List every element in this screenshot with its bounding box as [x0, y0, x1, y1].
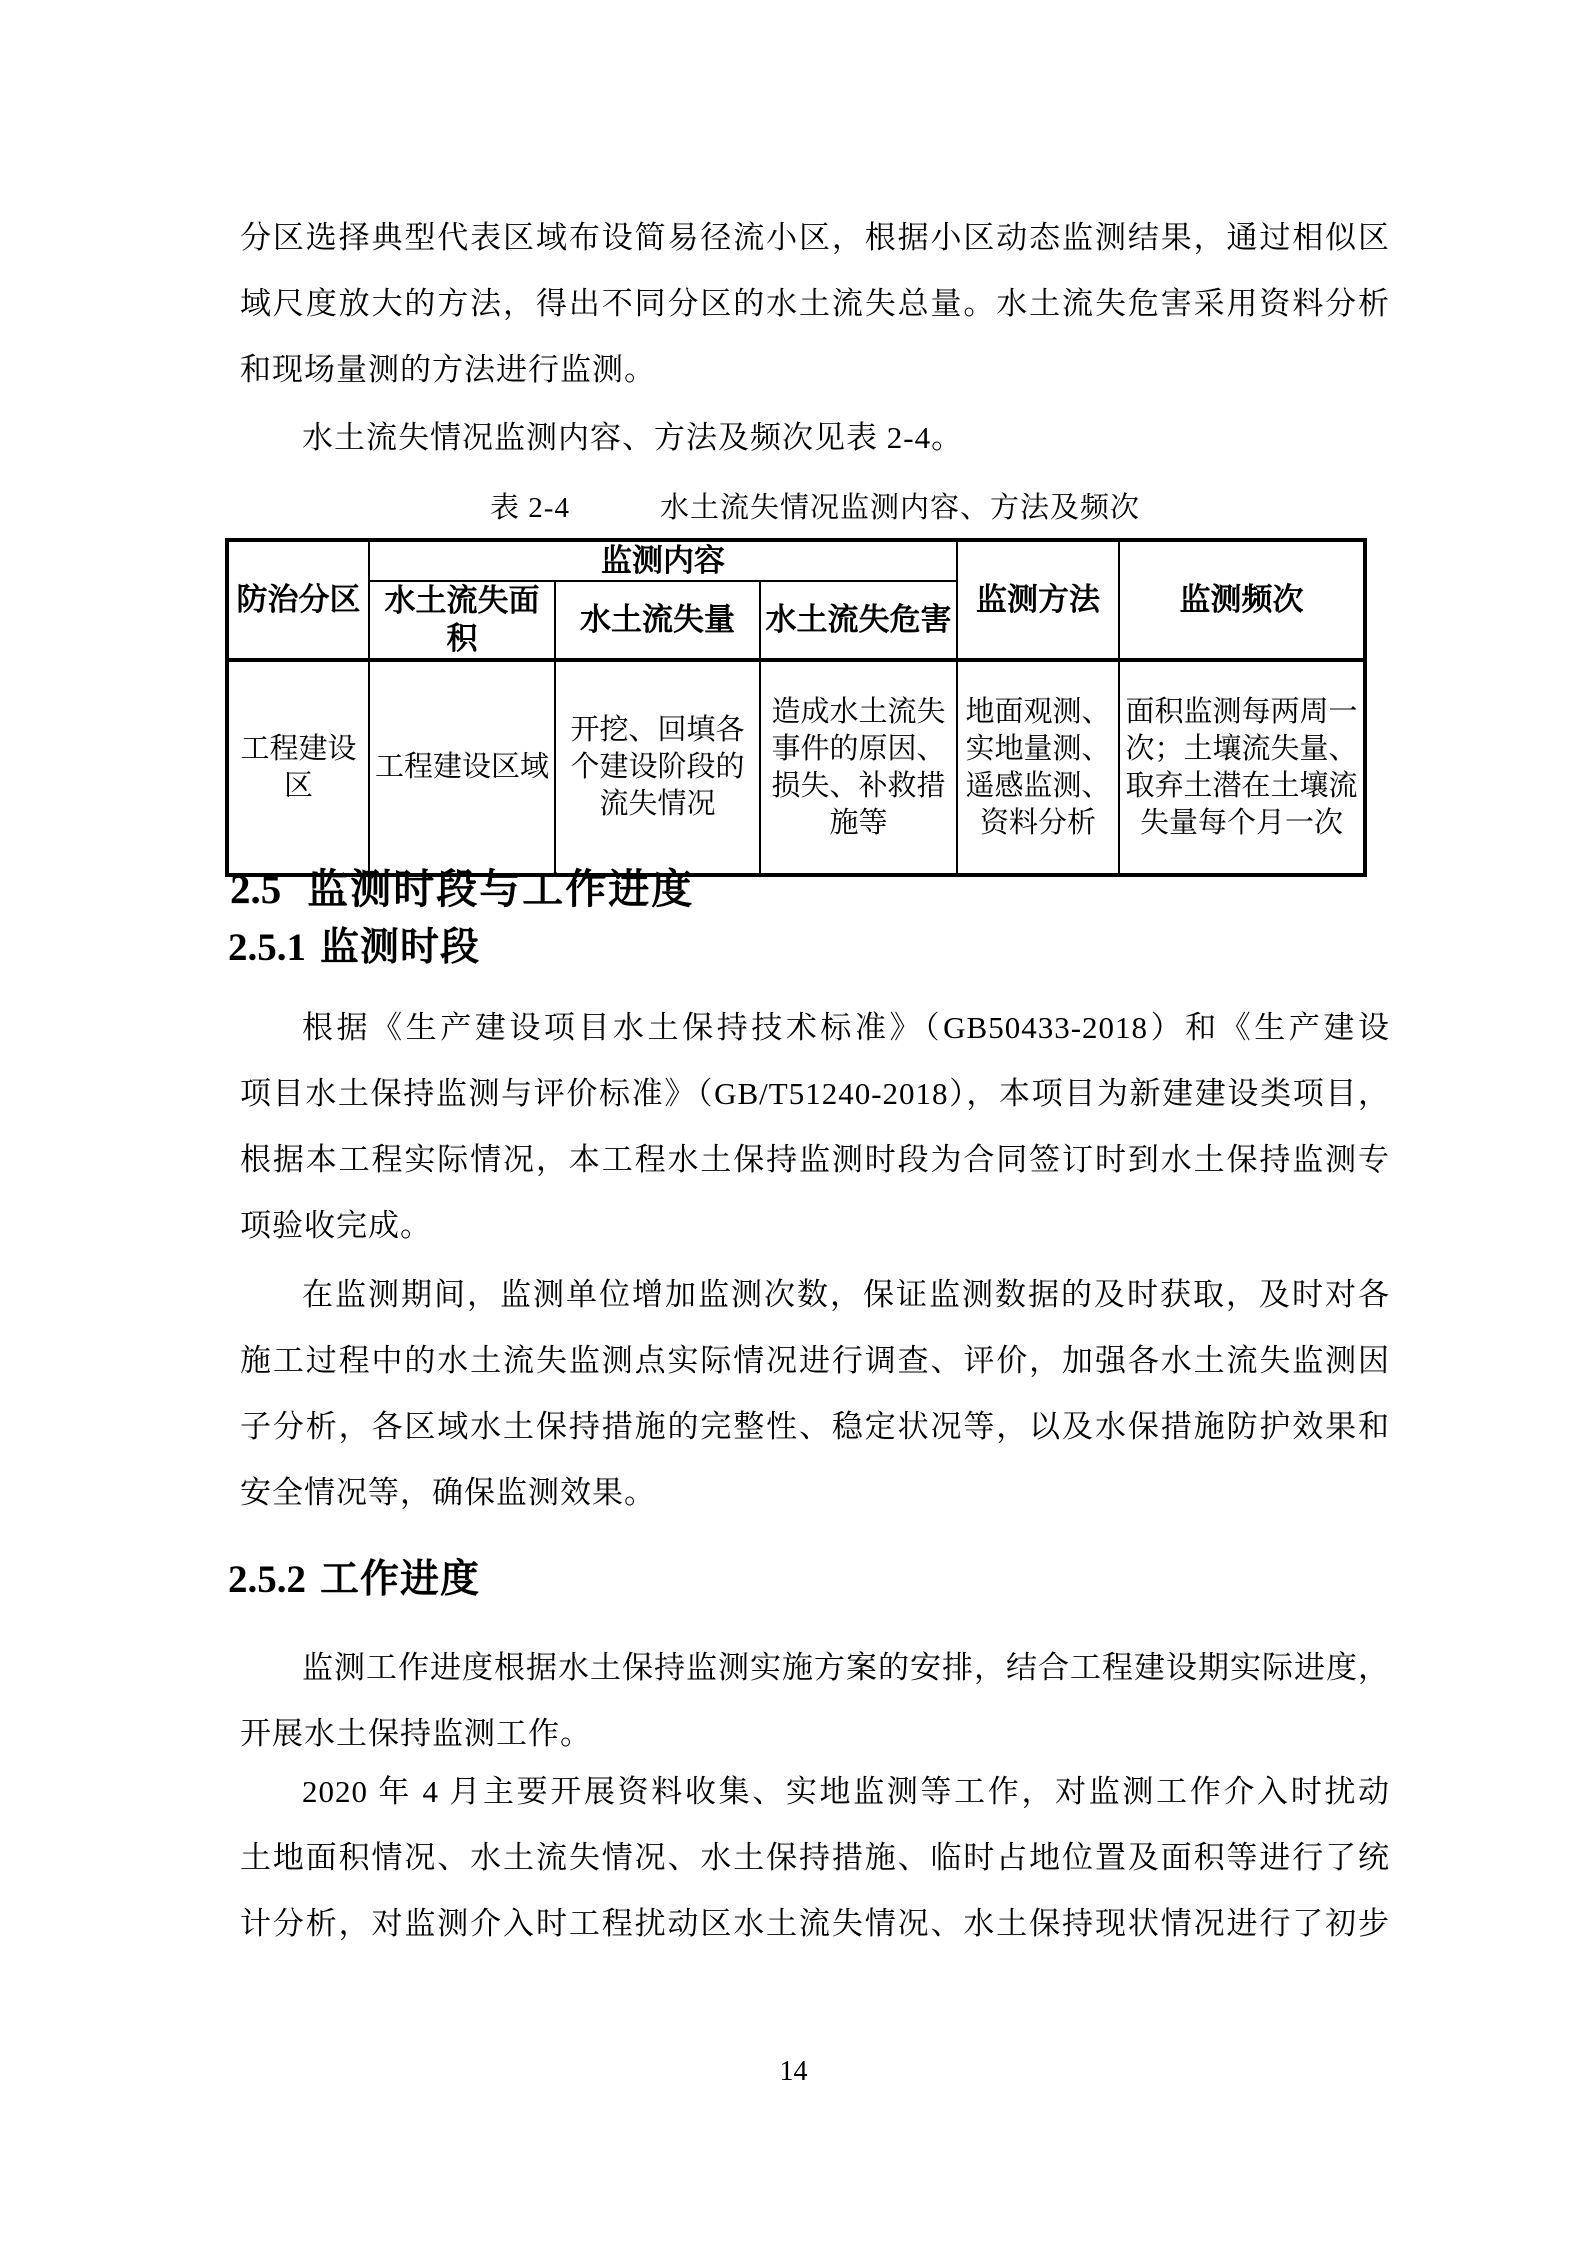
- table-header-zone: 防治分区: [227, 540, 369, 660]
- paragraph-line: 施工过程中的水土流失监测点实际情况进行调查、评价，加强各水土流失监测因: [240, 1328, 1390, 1394]
- section-heading-2-5-2: 2.5.2工作进度: [228, 1556, 1378, 1604]
- table-caption-title: 水土流失情况监测内容、方法及频次: [660, 492, 1140, 524]
- paragraph-line: 土地面积情况、水土流失情况、水土保持措施、临时占地位置及面积等进行了统: [240, 1825, 1390, 1891]
- monitoring-table: 防治分区 监测内容 监测方法 监测频次 水土流失面积 水土流失量 水土流失危害 …: [225, 538, 1367, 877]
- paragraph-line: 域尺度放大的方法，得出不同分区的水土流失总量。水土流失危害采用资料分析: [240, 271, 1390, 337]
- paragraph-line: 监测工作进度根据水土保持监测实施方案的安排，结合工程建设期实际进度，: [240, 1635, 1390, 1701]
- paragraph-line: 根据《生产建设项目水土保持技术标准》（GB50433-2018）和《生产建设: [240, 995, 1390, 1061]
- section-heading-2-5: 2.5监测时段与工作进度: [230, 864, 1380, 914]
- paragraph-line: 项验收完成。: [240, 1193, 1390, 1259]
- cell-method: 地面观测、实地量测、遥感监测、资料分析: [957, 660, 1119, 875]
- table-caption: 表 2-4水土流失情况监测内容、方法及频次: [240, 478, 1390, 538]
- paragraph-line: 子分析，各区域水土保持措施的完整性、稳定状况等，以及水保措施防护效果和: [240, 1394, 1390, 1460]
- page-number: 14: [0, 2056, 1587, 2088]
- paragraph-monitoring-frequency: 在监测期间，监测单位增加监测次数，保证监测数据的及时获取，及时对各 施工过程中的…: [240, 1262, 1390, 1526]
- paragraph-line: 在监测期间，监测单位增加监测次数，保证监测数据的及时获取，及时对各: [240, 1262, 1390, 1328]
- table-row: 工程建设区 工程建设区域 开挖、回填各个建设阶段的流失情况 造成水土流失事件的原…: [227, 660, 1365, 875]
- paragraph-work-progress: 监测工作进度根据水土保持监测实施方案的安排，结合工程建设期实际进度， 开展水土保…: [240, 1635, 1390, 1767]
- section-number: 2.5.1: [228, 926, 306, 969]
- section-title: 监测时段与工作进度: [307, 866, 694, 912]
- table-caption-label: 表 2-4: [490, 492, 570, 524]
- document-page: 分区选择典型代表区域布设简易径流小区，根据小区动态监测结果，通过相似区 域尺度放…: [0, 0, 1587, 2245]
- paragraph-line: 和现场量测的方法进行监测。: [240, 337, 1390, 403]
- table-header-erosion-area: 水土流失面积: [369, 581, 555, 660]
- cell-area: 工程建设区域: [369, 660, 555, 875]
- paragraph-monitoring-period: 根据《生产建设项目水土保持技术标准》（GB50433-2018）和《生产建设 项…: [240, 995, 1390, 1259]
- cell-hazard: 造成水土流失事件的原因、损失、补救措施等: [760, 660, 957, 875]
- table-header-frequency: 监测频次: [1119, 540, 1365, 660]
- section-number: 2.5: [230, 866, 281, 912]
- paragraph-line: 分区选择典型代表区域布设简易径流小区，根据小区动态监测结果，通过相似区: [240, 205, 1390, 271]
- section-title: 工作进度: [320, 1558, 480, 1601]
- paragraph-line: 水土流失情况监测内容、方法及频次见表 2-4。: [240, 405, 1390, 471]
- table-header-erosion-hazard: 水土流失危害: [760, 581, 957, 660]
- paragraph-table-reference: 水土流失情况监测内容、方法及频次见表 2-4。: [240, 405, 1390, 471]
- paragraph-line: 安全情况等，确保监测效果。: [240, 1460, 1390, 1526]
- paragraph-runoff-plots: 分区选择典型代表区域布设简易径流小区，根据小区动态监测结果，通过相似区 域尺度放…: [240, 205, 1390, 403]
- paragraph-line: 根据本工程实际情况，本工程水土保持监测时段为合同签订时到水土保持监测专: [240, 1127, 1390, 1193]
- table-header-method: 监测方法: [957, 540, 1119, 660]
- paragraph-april-2020: 2020 年 4 月主要开展资料收集、实地监测等工作，对监测工作介入时扰动 土地…: [240, 1759, 1390, 1957]
- paragraph-line: 项目水土保持监测与评价标准》（GB/T51240-2018），本项目为新建建设类…: [240, 1061, 1390, 1127]
- paragraph-line: 2020 年 4 月主要开展资料收集、实地监测等工作，对监测工作介入时扰动: [240, 1759, 1390, 1825]
- cell-zone: 工程建设区: [227, 660, 369, 875]
- table-header-erosion-amount: 水土流失量: [555, 581, 760, 660]
- table-header-content-group: 监测内容: [369, 540, 957, 581]
- paragraph-line: 开展水土保持监测工作。: [240, 1701, 1390, 1767]
- cell-frequency: 面积监测每两周一次；土壤流失量、取弃土潜在土壤流失量每个月一次: [1119, 660, 1365, 875]
- section-heading-2-5-1: 2.5.1监测时段: [228, 924, 1378, 972]
- section-number: 2.5.2: [228, 1558, 306, 1601]
- paragraph-line: 计分析，对监测介入时工程扰动区水土流失情况、水土保持现状情况进行了初步: [240, 1891, 1390, 1957]
- cell-amount: 开挖、回填各个建设阶段的流失情况: [555, 660, 760, 875]
- section-title: 监测时段: [320, 926, 480, 969]
